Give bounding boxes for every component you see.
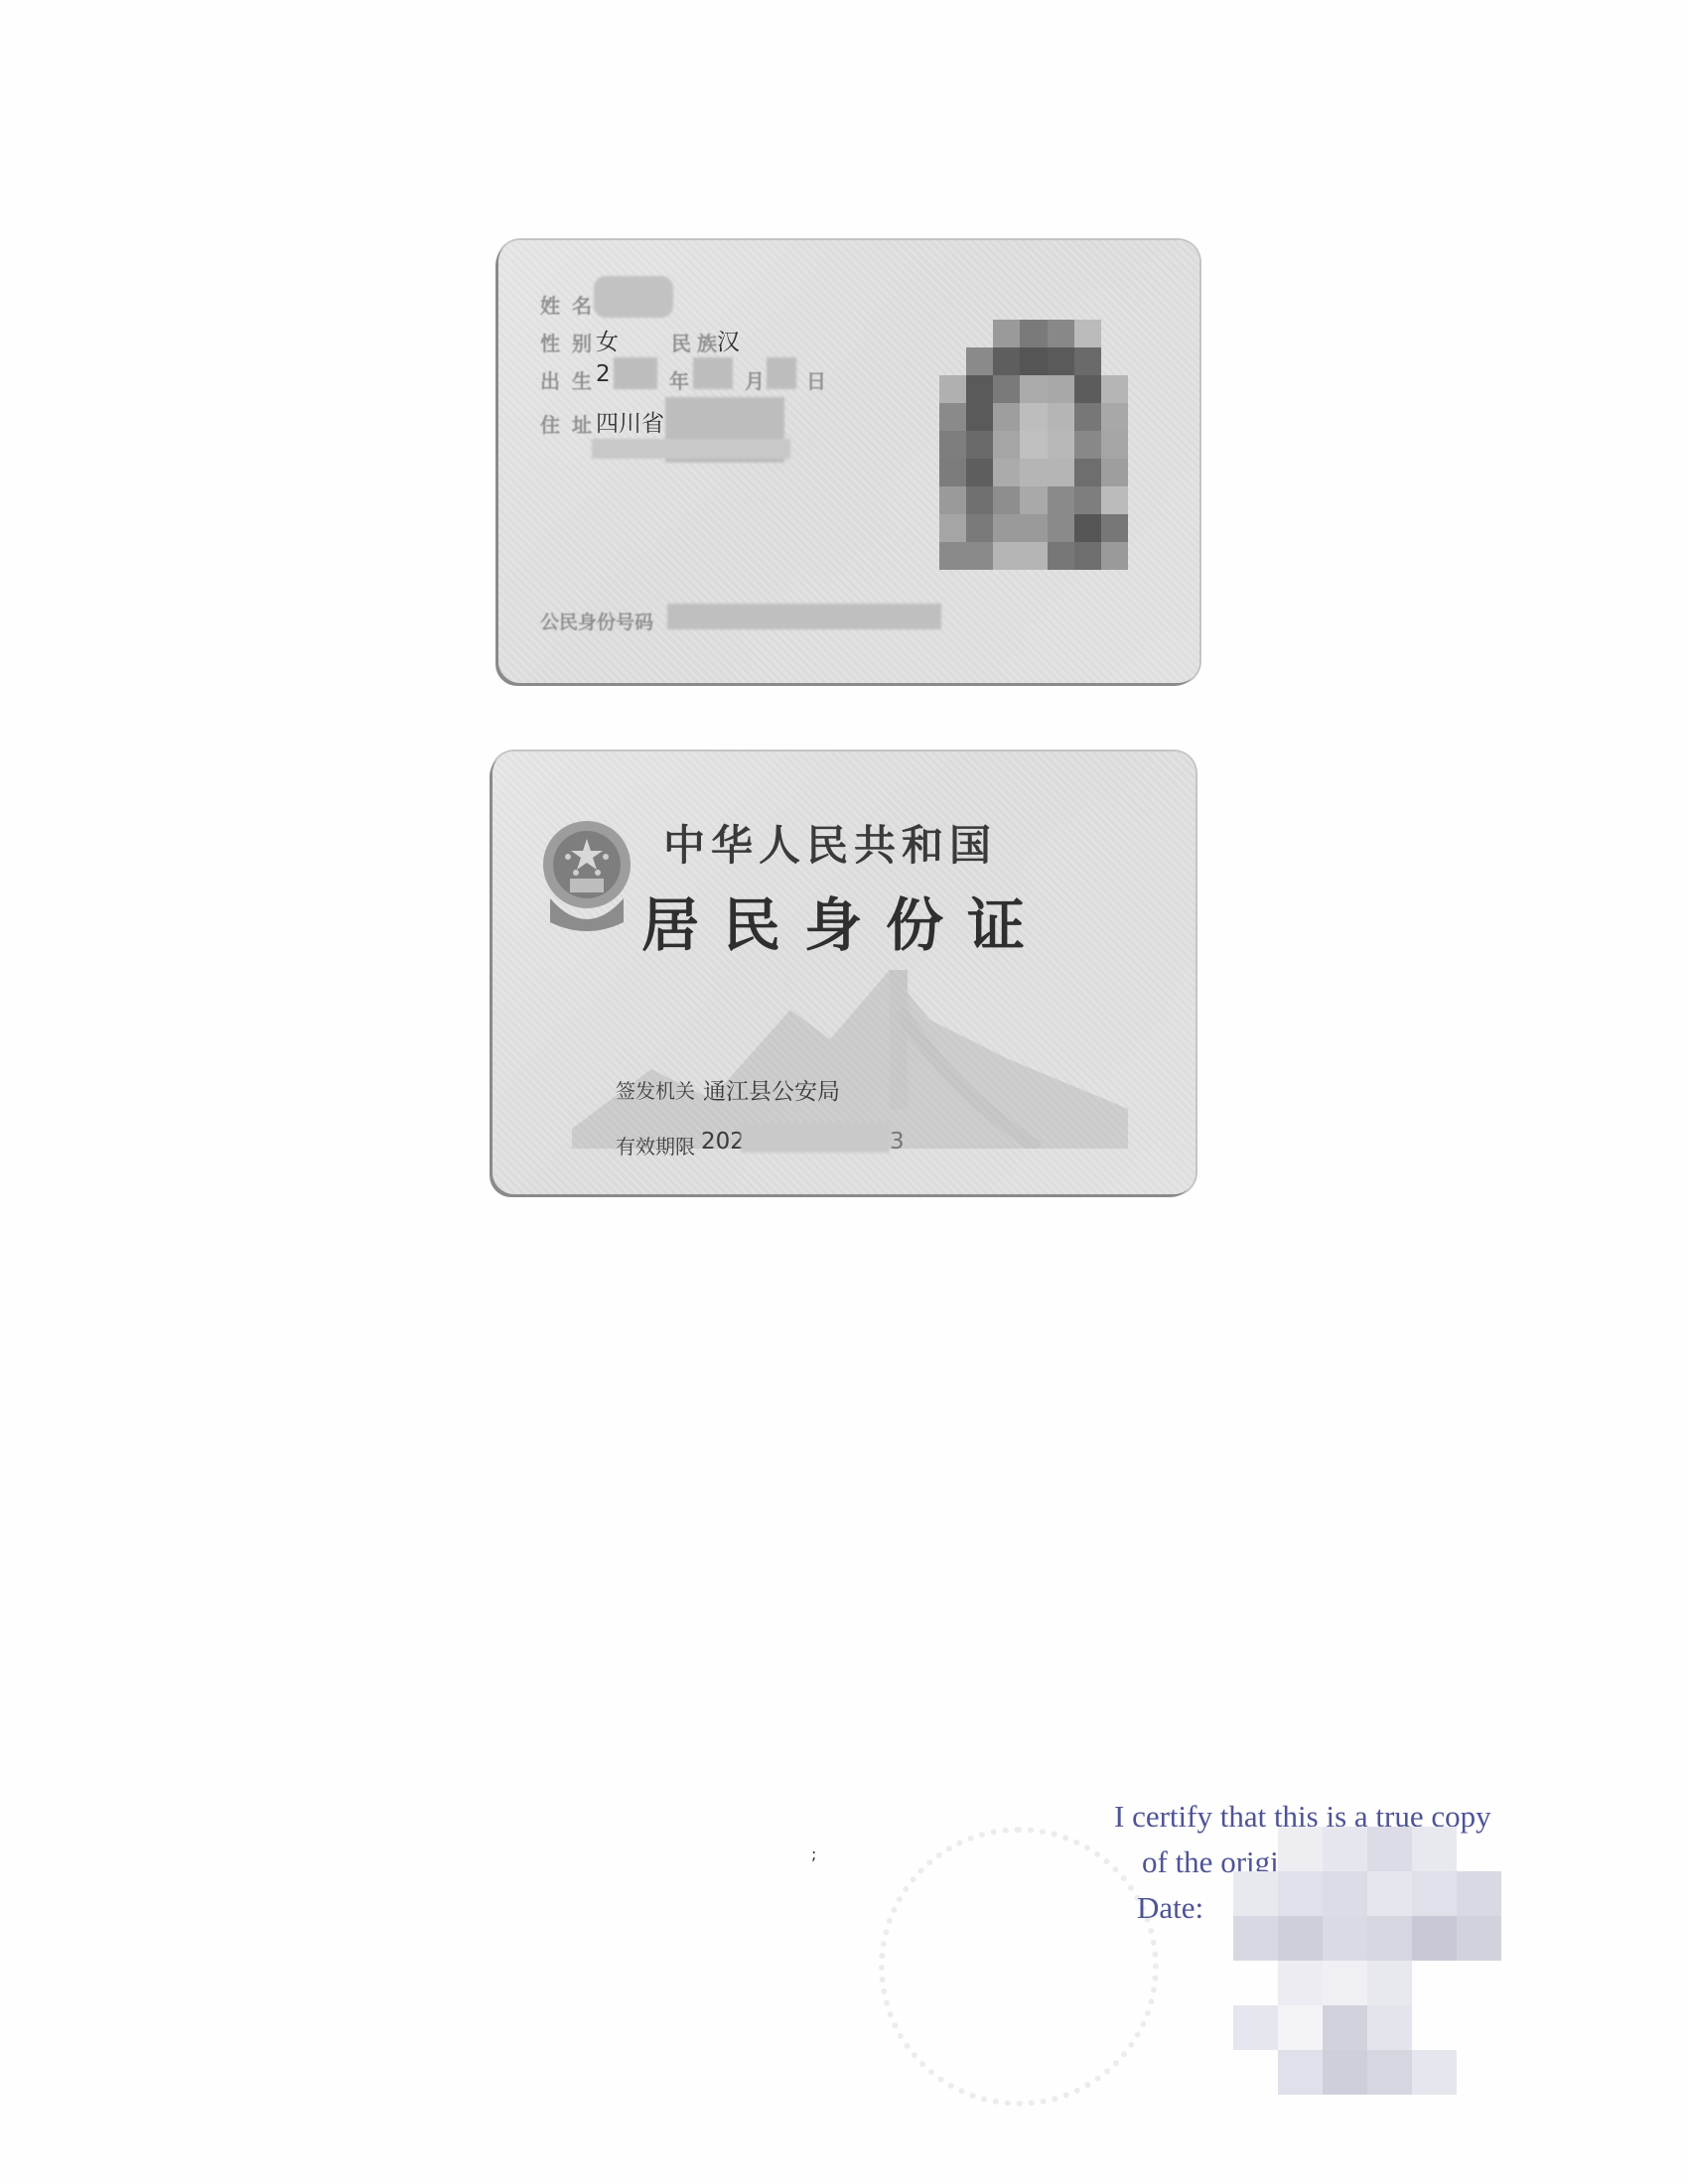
birth-year-prefix: 2: [596, 361, 611, 387]
validity-prefix: 202: [701, 1129, 745, 1155]
id-number-label: 公民身份号码: [540, 608, 653, 634]
name-redaction: [594, 276, 673, 318]
gender-value: 女: [596, 324, 619, 356]
address-value: 四川省: [596, 405, 664, 438]
birth-month-redaction: [693, 357, 733, 389]
validity-label: 有效期限: [616, 1131, 695, 1160]
id-card-back: 中华人民共和国 居民身份证 签发机关 通江县公安局 有效期限 202 3: [492, 751, 1196, 1194]
signature-redacted: [1233, 1827, 1501, 2095]
address-label: 住址: [540, 409, 604, 438]
validity-redaction: [741, 1123, 890, 1153]
country-title: 中华人民共和国: [663, 813, 997, 873]
validity-suffix: 3: [890, 1129, 905, 1155]
id-number-redaction: [667, 604, 941, 629]
card-title: 居民身份证: [641, 879, 1049, 962]
date-label: Date:: [1137, 1890, 1203, 1926]
faint-seal-stamp-icon: [879, 1827, 1159, 2107]
portrait-photo-redacted: [939, 320, 1128, 598]
ethnicity-value: 汉: [717, 324, 740, 356]
great-wall-watermark-icon: [572, 950, 1128, 1149]
id-card-front: 姓名 性别 女 民族 汉 出生 2 年 月 日 住址 四川省 公民身份号码: [498, 240, 1199, 683]
ethnicity-label: 民族: [671, 328, 723, 356]
birth-year-redaction: [614, 357, 657, 389]
issuer-value: 通江县公安局: [703, 1073, 840, 1106]
national-emblem-icon: [540, 813, 633, 940]
birth-label: 出生: [540, 365, 604, 394]
address-line2-redaction: [592, 439, 790, 459]
stray-mark: ;: [811, 1844, 816, 1863]
document-page: 姓名 性别 女 民族 汉 出生 2 年 月 日 住址 四川省 公民身份号码: [0, 0, 1688, 2184]
issuer-label: 签发机关: [616, 1075, 695, 1104]
gender-label: 性别: [540, 328, 604, 356]
birth-day-redaction: [767, 357, 796, 389]
day-unit: 日: [806, 365, 838, 394]
